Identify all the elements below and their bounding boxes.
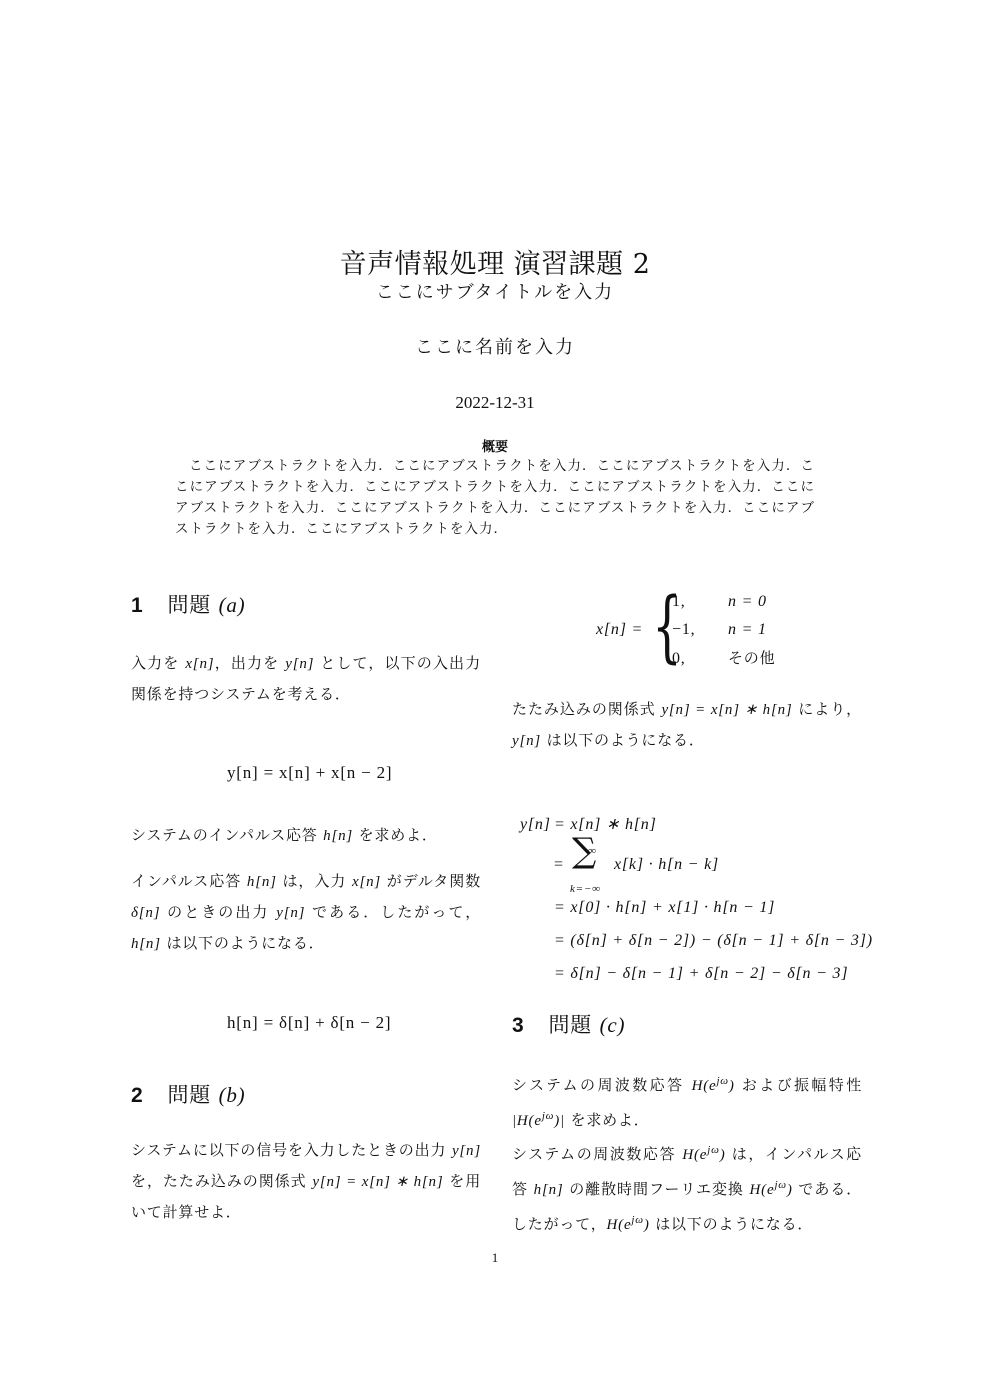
align-row-4: = (δ[n] + δ[n − 2]) − (δ[n − 1] + δ[n − … — [554, 926, 873, 956]
section-label: (c) — [600, 1013, 626, 1037]
section-1-question: システムのインパルス応答 h[n] を求めよ． — [131, 820, 481, 851]
align-row-3: = x[0] · h[n] + x[1] · h[n − 1] — [554, 893, 775, 923]
align-row-2: x[k] · h[n − k] — [614, 850, 719, 880]
section-3-problem-text: システムの周波数応答 H(ejω) および振幅特性 |H(ejω)| を求めよ． — [512, 1066, 862, 1136]
section-title: 問題 — [167, 1083, 211, 1107]
section-2-convolution-text: たたみ込みの関係式 y[n] = x[n] ∗ h[n] により，y[n] は以… — [512, 694, 862, 756]
align-lhs: y[n] — [520, 810, 551, 840]
section-1-answer-text: インパルス応答 h[n] は，入力 x[n] がデルタ関数 δ[n] のときの出… — [131, 866, 481, 959]
align-row-1: = x[n] ∗ h[n] — [554, 810, 657, 840]
equation-impulse-response: h[n] = δ[n] + δ[n − 2] — [227, 1008, 391, 1038]
equation-input-signal-cases: 1,n = 0 −1,n = 1 0,その他 — [672, 588, 775, 673]
section-1-problem-text: 入力を x[n]，出力を y[n] として，以下の入出力関係を持つシステムを考え… — [131, 648, 481, 709]
section-label: (a) — [219, 593, 246, 617]
equation-io-relation: y[n] = x[n] + x[n − 2] — [227, 758, 392, 788]
document-subtitle: ここにサブタイトルを入力 — [0, 278, 990, 304]
section-title: 問題 — [548, 1013, 592, 1037]
section-2-heading: 2問題 (b) — [131, 1080, 245, 1111]
document-title: 音声情報処理 演習課題 2 — [0, 242, 990, 281]
summation-symbol: ∑ — [572, 836, 597, 866]
abstract-text: ここにアブストラクトを入力．ここにアブストラクトを入力．ここにアブストラクトを入… — [175, 456, 815, 540]
section-3-heading: 3問題 (c) — [512, 1010, 625, 1041]
section-number: 2 — [131, 1084, 143, 1107]
author-name: ここに名前を入力 — [0, 333, 990, 359]
align-row-5: = δ[n] − δ[n − 1] + δ[n − 2] − δ[n − 3] — [554, 959, 848, 989]
section-1-heading: 1問題 (a) — [131, 590, 245, 621]
align-row-2-equals: = — [554, 850, 564, 880]
abstract-heading: 概要 — [0, 436, 990, 455]
equation-input-signal-lhs: x[n] = — [596, 615, 643, 645]
document-date: 2022-12-31 — [0, 393, 990, 413]
section-title: 問題 — [167, 593, 211, 617]
section-2-problem-text: システムに以下の信号を入力したときの出力 y[n] を，たたみ込みの関係式 y[… — [131, 1135, 481, 1227]
section-number: 3 — [512, 1014, 524, 1037]
section-3-answer-text: システムの周波数応答 H(ejω) は，インパルス応答 h[n] の離散時間フー… — [512, 1135, 862, 1240]
page-number: 1 — [0, 1250, 990, 1266]
section-number: 1 — [131, 594, 143, 617]
section-label: (b) — [219, 1083, 246, 1107]
